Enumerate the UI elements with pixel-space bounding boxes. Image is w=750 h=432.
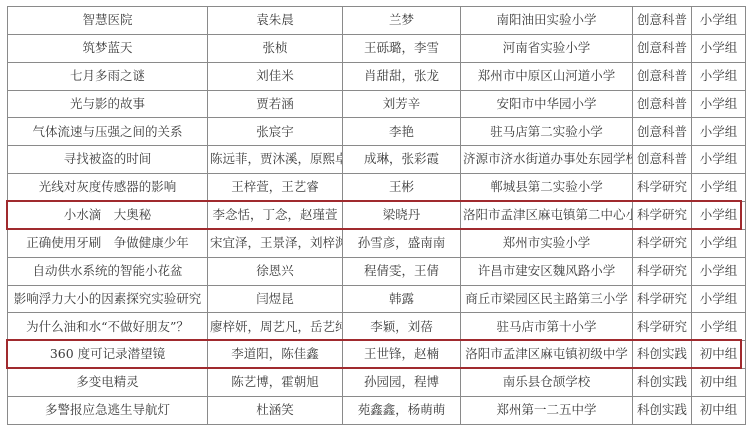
project-title-cell: 智慧医院 xyxy=(8,7,208,35)
group-cell: 小学组 xyxy=(692,62,746,90)
advisor-names-cell: 韩露 xyxy=(343,285,461,313)
group-cell: 小学组 xyxy=(692,285,746,313)
project-title-cell: 正确使用牙刷 争做健康少年 xyxy=(8,229,208,257)
advisor-names-cell: 孙园园，程博 xyxy=(343,369,461,397)
group-cell: 小学组 xyxy=(692,229,746,257)
advisor-names-cell: 李艳 xyxy=(343,118,461,146)
table-row-highlighted: 360 度可记录潜望镜李道阳，陈佳鑫王世锋，赵楠洛阳市孟津区麻屯镇初级中学科创实… xyxy=(8,341,746,369)
school-cell: 郑州市实验小学 xyxy=(461,229,633,257)
group-cell: 小学组 xyxy=(692,118,746,146)
school-cell: 驻马店第二实验小学 xyxy=(461,118,633,146)
advisor-names-cell: 程倩雯，王倩 xyxy=(343,257,461,285)
student-names-cell: 宋宜泽，王景泽，刘梓渊 xyxy=(208,229,343,257)
project-title-cell: 多变电精灵 xyxy=(8,369,208,397)
project-title-cell: 影响浮力大小的因素探究实验研究 xyxy=(8,285,208,313)
group-cell: 小学组 xyxy=(692,90,746,118)
advisor-names-cell: 肖甜甜，张龙 xyxy=(343,62,461,90)
student-names-cell: 闫煜昆 xyxy=(208,285,343,313)
school-cell: 南乐县仓颉学校 xyxy=(461,369,633,397)
advisor-names-cell: 成琳，张彩霞 xyxy=(343,146,461,174)
table-row: 自动供水系统的智能小花盆徐恩兴程倩雯，王倩许昌市建安区魏风路小学科学研究小学组 xyxy=(8,257,746,285)
student-names-cell: 张桢 xyxy=(208,34,343,62)
advisor-names-cell: 苑鑫鑫，杨萌萌 xyxy=(343,397,461,425)
school-cell: 驻马店市第十小学 xyxy=(461,313,633,341)
project-title-cell: 360 度可记录潜望镜 xyxy=(8,341,208,369)
project-title-cell: 小水滴 大奥秘 xyxy=(8,202,208,230)
table-row: 为什么油和水“不做好朋友”？廖梓妍，周艺凡，岳艺纯李颖，刘蓓驻马店市第十小学科学… xyxy=(8,313,746,341)
student-names-cell: 李念恬，丁念，赵瑾萱 xyxy=(208,202,343,230)
table-row: 筑梦蓝天张桢王砾璐，李雪河南省实验小学创意科普小学组 xyxy=(8,34,746,62)
student-names-cell: 袁朱晨 xyxy=(208,7,343,35)
category-cell: 科学研究 xyxy=(633,313,692,341)
school-cell: 郑州第一二五中学 xyxy=(461,397,633,425)
category-cell: 科创实践 xyxy=(633,397,692,425)
student-names-cell: 刘佳米 xyxy=(208,62,343,90)
table-row: 气体流速与压强之间的关系张宸宇李艳驻马店第二实验小学创意科普小学组 xyxy=(8,118,746,146)
table-row: 七月多雨之谜刘佳米肖甜甜，张龙郑州市中原区山河道小学创意科普小学组 xyxy=(8,62,746,90)
advisor-names-cell: 王砾璐，李雪 xyxy=(343,34,461,62)
category-cell: 科创实践 xyxy=(633,369,692,397)
group-cell: 初中组 xyxy=(692,369,746,397)
category-cell: 科学研究 xyxy=(633,285,692,313)
advisor-names-cell: 李颖，刘蓓 xyxy=(343,313,461,341)
table-row: 多变电精灵陈艺博，霍朝旭孙园园，程博南乐县仓颉学校科创实践初中组 xyxy=(8,369,746,397)
student-names-cell: 贾若涵 xyxy=(208,90,343,118)
category-cell: 创意科普 xyxy=(633,7,692,35)
category-cell: 科创实践 xyxy=(633,341,692,369)
advisor-names-cell: 兰梦 xyxy=(343,7,461,35)
category-cell: 科学研究 xyxy=(633,257,692,285)
student-names-cell: 陈远菲，贾沐溪，原熙卓 xyxy=(208,146,343,174)
group-cell: 小学组 xyxy=(692,202,746,230)
student-names-cell: 张宸宇 xyxy=(208,118,343,146)
table-row-highlighted: 小水滴 大奥秘李念恬，丁念，赵瑾萱梁晓丹洛阳市孟津区麻屯镇第二中心小学科学研究小… xyxy=(8,202,746,230)
project-title-cell: 光线对灰度传感器的影响 xyxy=(8,174,208,202)
student-names-cell: 陈艺博，霍朝旭 xyxy=(208,369,343,397)
school-cell: 河南省实验小学 xyxy=(461,34,633,62)
table-row: 光与影的故事贾若涵刘芳辛安阳市中华园小学创意科普小学组 xyxy=(8,90,746,118)
school-cell: 洛阳市孟津区麻屯镇第二中心小学 xyxy=(461,202,633,230)
project-title-cell: 为什么油和水“不做好朋友”？ xyxy=(8,313,208,341)
project-title-cell: 自动供水系统的智能小花盆 xyxy=(8,257,208,285)
group-cell: 初中组 xyxy=(692,341,746,369)
school-cell: 南阳油田实验小学 xyxy=(461,7,633,35)
table-row: 正确使用牙刷 争做健康少年宋宜泽，王景泽，刘梓渊孙雪彦，盛南南郑州市实验小学科学… xyxy=(8,229,746,257)
category-cell: 创意科普 xyxy=(633,62,692,90)
school-cell: 安阳市中华园小学 xyxy=(461,90,633,118)
project-title-cell: 寻找被盗的时间 xyxy=(8,146,208,174)
project-title-cell: 气体流速与压强之间的关系 xyxy=(8,118,208,146)
student-names-cell: 杜涵笑 xyxy=(208,397,343,425)
category-cell: 科学研究 xyxy=(633,174,692,202)
advisor-names-cell: 王世锋，赵楠 xyxy=(343,341,461,369)
category-cell: 创意科普 xyxy=(633,90,692,118)
school-cell: 郸城县第二实验小学 xyxy=(461,174,633,202)
category-cell: 创意科普 xyxy=(633,118,692,146)
project-title-cell: 多警报应急逃生导航灯 xyxy=(8,397,208,425)
category-cell: 创意科普 xyxy=(633,34,692,62)
table-row: 影响浮力大小的因素探究实验研究闫煜昆韩露商丘市梁园区民主路第三小学科学研究小学组 xyxy=(8,285,746,313)
table-body: 智慧医院袁朱晨兰梦南阳油田实验小学创意科普小学组筑梦蓝天张桢王砾璐，李雪河南省实… xyxy=(8,7,746,425)
school-cell: 郑州市中原区山河道小学 xyxy=(461,62,633,90)
group-cell: 小学组 xyxy=(692,174,746,202)
award-list-table: 智慧医院袁朱晨兰梦南阳油田实验小学创意科普小学组筑梦蓝天张桢王砾璐，李雪河南省实… xyxy=(7,6,746,425)
category-cell: 科学研究 xyxy=(633,229,692,257)
student-names-cell: 廖梓妍，周艺凡，岳艺纯 xyxy=(208,313,343,341)
school-cell: 济源市济水街道办事处东园学校 xyxy=(461,146,633,174)
advisor-names-cell: 孙雪彦，盛南南 xyxy=(343,229,461,257)
category-cell: 创意科普 xyxy=(633,146,692,174)
project-title-cell: 筑梦蓝天 xyxy=(8,34,208,62)
advisor-names-cell: 王彬 xyxy=(343,174,461,202)
group-cell: 小学组 xyxy=(692,313,746,341)
student-names-cell: 李道阳，陈佳鑫 xyxy=(208,341,343,369)
student-names-cell: 徐恩兴 xyxy=(208,257,343,285)
project-title-cell: 光与影的故事 xyxy=(8,90,208,118)
school-cell: 许昌市建安区魏风路小学 xyxy=(461,257,633,285)
group-cell: 初中组 xyxy=(692,397,746,425)
group-cell: 小学组 xyxy=(692,257,746,285)
school-cell: 商丘市梁园区民主路第三小学 xyxy=(461,285,633,313)
group-cell: 小学组 xyxy=(692,34,746,62)
student-names-cell: 王梓萱，王艺睿 xyxy=(208,174,343,202)
table-row: 多警报应急逃生导航灯杜涵笑苑鑫鑫，杨萌萌郑州第一二五中学科创实践初中组 xyxy=(8,397,746,425)
group-cell: 小学组 xyxy=(692,146,746,174)
project-title-cell: 七月多雨之谜 xyxy=(8,62,208,90)
table-row: 光线对灰度传感器的影响王梓萱，王艺睿王彬郸城县第二实验小学科学研究小学组 xyxy=(8,174,746,202)
table-row: 智慧医院袁朱晨兰梦南阳油田实验小学创意科普小学组 xyxy=(8,7,746,35)
advisor-names-cell: 梁晓丹 xyxy=(343,202,461,230)
school-cell: 洛阳市孟津区麻屯镇初级中学 xyxy=(461,341,633,369)
group-cell: 小学组 xyxy=(692,7,746,35)
category-cell: 科学研究 xyxy=(633,202,692,230)
table-row: 寻找被盗的时间陈远菲，贾沐溪，原熙卓成琳，张彩霞济源市济水街道办事处东园学校创意… xyxy=(8,146,746,174)
advisor-names-cell: 刘芳辛 xyxy=(343,90,461,118)
